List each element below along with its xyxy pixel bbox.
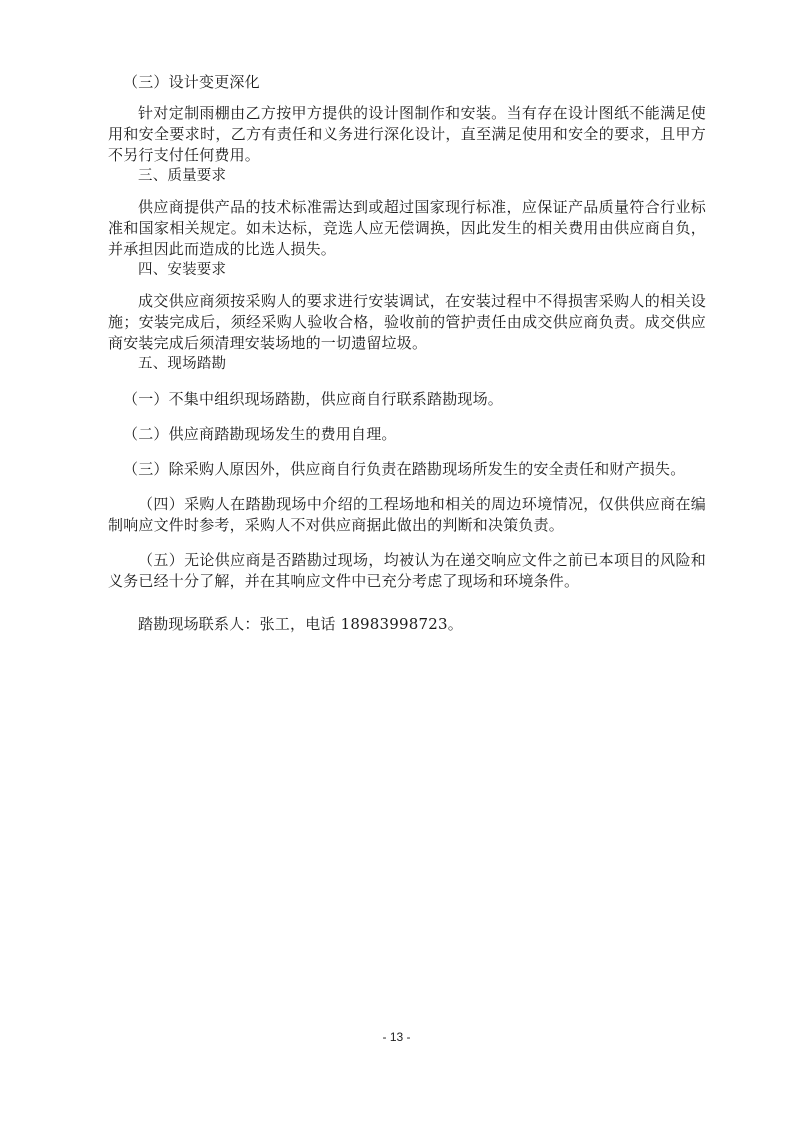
site-survey-item-4: （四）采购人在踏勘现场中介绍的工程场地和相关的周边环境情况，仅供供应商在编 制响… (108, 494, 706, 536)
page-number: - 13 - (0, 1030, 793, 1044)
heading-site-survey: 五、现场踏勘 (108, 354, 706, 375)
page-content: （三）设计变更深化 针对定制雨棚由乙方按甲方提供的设计图制作和安装。当有存在设计… (108, 72, 706, 635)
paragraph-design-change: 针对定制雨棚由乙方按甲方提供的设计图制作和安装。当有存在设计图纸不能满足使用和安… (108, 103, 706, 166)
heading-quality-requirements: 三、质量要求 (108, 166, 706, 187)
subheading-design-change: （三）设计变更深化 (108, 72, 706, 93)
site-survey-contact: 踏勘现场联系人：张工，电话 18983998723。 (108, 614, 706, 635)
paragraph-installation-requirements: 成交供应商须按采购人的要求进行安装调试，在安装过程中不得损害采购人的相关设施；安… (108, 291, 706, 354)
paragraph-quality-requirements: 供应商提供产品的技术标准需达到或超过国家现行标准，应保证产品质量符合行业标准和国… (108, 197, 706, 260)
heading-installation-requirements: 四、安装要求 (108, 260, 706, 281)
site-survey-item-2: （二）供应商踏勘现场发生的费用自理。 (108, 424, 706, 445)
site-survey-item-1: （一）不集中组织现场踏勘，供应商自行联系踏勘现场。 (108, 389, 706, 410)
site-survey-item-3: （三）除采购人原因外，供应商自行负责在踏勘现场所发生的安全责任和财产损失。 (108, 459, 706, 480)
site-survey-item-5: （五）无论供应商是否踏勘过现场，均被认为在递交响应文件之前已本项目的风险和义务已… (108, 550, 706, 592)
document-page: （三）设计变更深化 针对定制雨棚由乙方按甲方提供的设计图制作和安装。当有存在设计… (0, 0, 793, 1122)
